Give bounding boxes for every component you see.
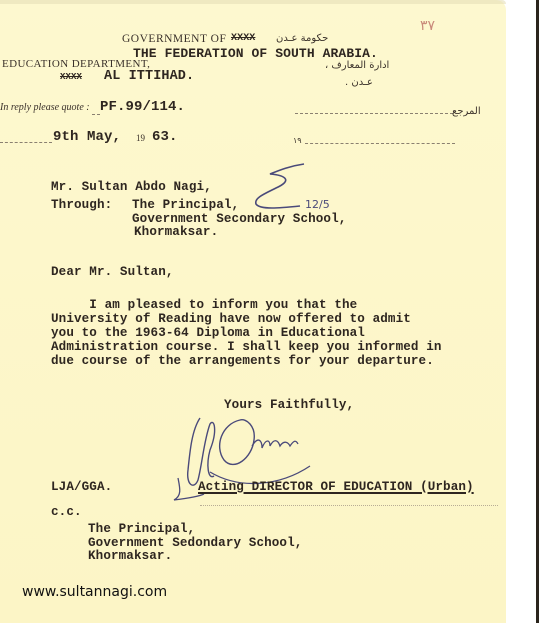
- cc-line-3: Khormaksar.: [88, 549, 172, 563]
- body-line-1: I am pleased to inform you that the: [51, 298, 357, 312]
- place-label: AL ITTIHAD.: [104, 69, 194, 84]
- date-century: 19: [136, 133, 145, 143]
- website-watermark: www.sultannagi.com: [22, 584, 167, 600]
- reference-initials: LJA/GGA.: [51, 480, 112, 494]
- arabic-reference-label: المرجع: [452, 106, 481, 117]
- arabic-government: حكومة عـدن: [276, 33, 328, 44]
- cc-label: c.c.: [51, 505, 82, 519]
- recipient-name: Mr. Sultan Abdo Nagi,: [51, 180, 212, 194]
- arabic-department: ادارة المعارف ،: [325, 60, 389, 71]
- struck-place: XXXX: [60, 72, 82, 82]
- date-day-month: 9th May,: [53, 129, 121, 145]
- through-label: Through:: [51, 198, 112, 212]
- svg-text:12/5: 12/5: [305, 198, 330, 211]
- reply-underline: [92, 114, 100, 115]
- recipient-line-3: Khormaksar.: [134, 225, 218, 239]
- reply-label: In reply please quote :: [0, 102, 90, 113]
- body-line-5: due course of the arrangements for your …: [51, 354, 434, 368]
- cc-line-2: Government Sedondary School,: [88, 536, 302, 550]
- body-line-3: you to the 1963-64 Diploma in Educationa…: [51, 326, 365, 340]
- cc-line-1: The Principal,: [88, 522, 195, 536]
- arabic-date-line: [305, 143, 455, 144]
- date-year: 63.: [152, 129, 178, 145]
- government-of-label: GOVERNMENT OF: [122, 33, 226, 45]
- handwritten-initials-icon: 12/5: [250, 160, 340, 215]
- signatory-title: Acting DIRECTOR OF EDUCATION (Urban): [198, 480, 474, 494]
- date-underline: [0, 142, 52, 143]
- federation-title: THE FEDERATION OF SOUTH ARABIA.: [133, 46, 378, 61]
- arabic-year-label: ١٩: [293, 136, 302, 145]
- arabic-place: عـدن .: [345, 77, 373, 88]
- arabic-reference-line: [295, 113, 453, 114]
- reference-number: PF.99/114.: [100, 99, 185, 115]
- struck-word: XXXX: [231, 33, 255, 44]
- salutation: Dear Mr. Sultan,: [51, 265, 174, 279]
- signature-dotted-line: [200, 505, 498, 506]
- body-line-4: Administration course. I shall keep you …: [51, 340, 442, 354]
- corner-annotation: ٣٧: [420, 18, 435, 34]
- recipient-line-1: The Principal,: [132, 198, 239, 212]
- body-line-2: University of Reading have now offered t…: [51, 312, 411, 326]
